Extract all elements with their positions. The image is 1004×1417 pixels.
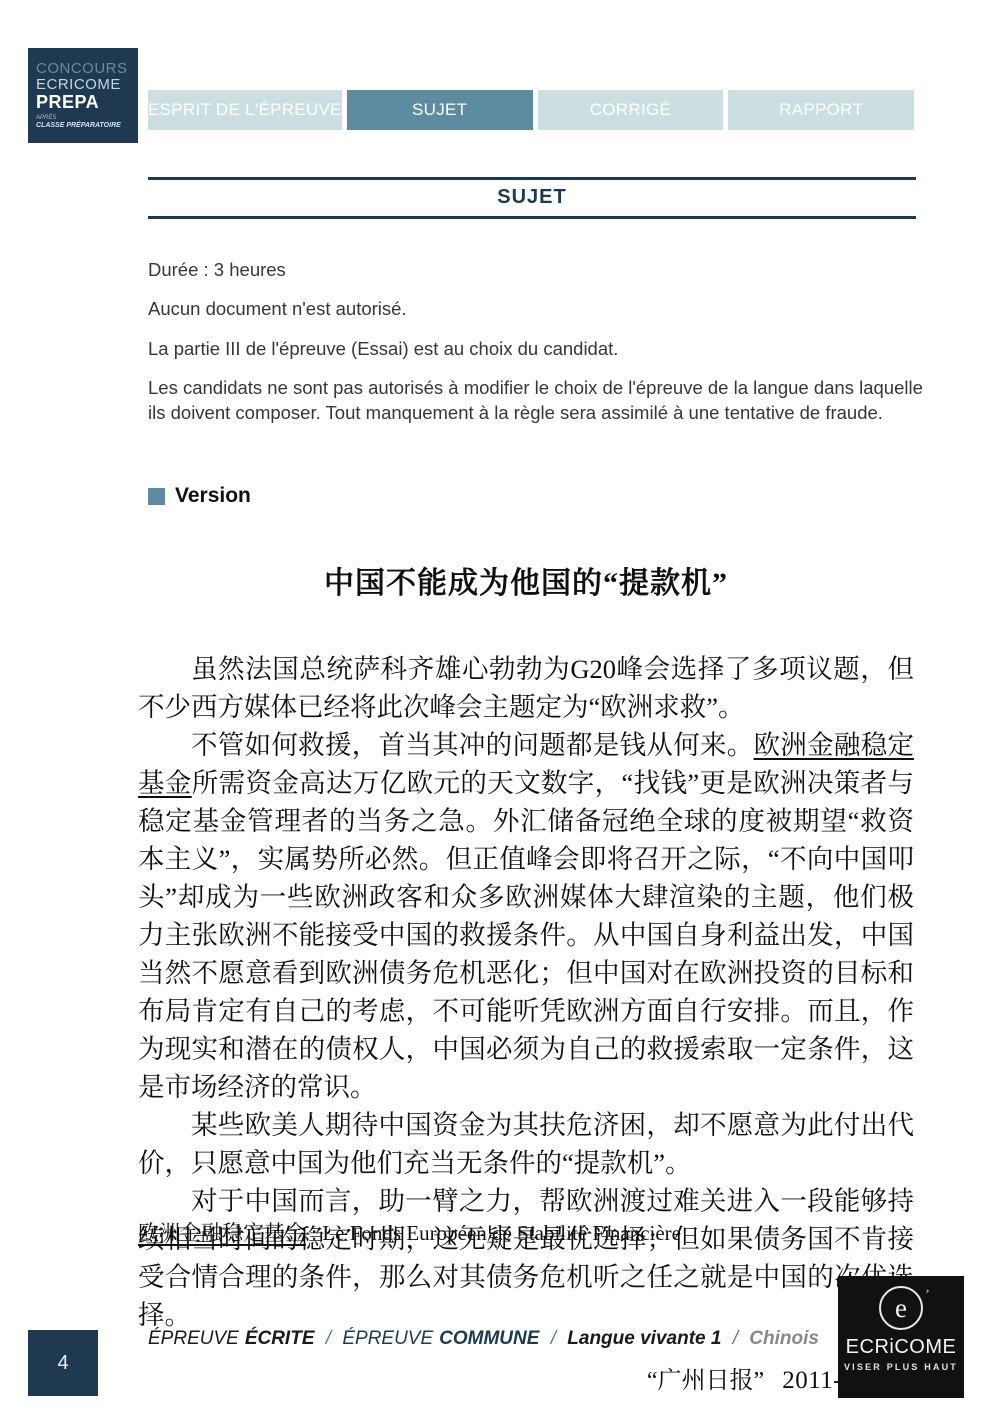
article-paragraph-2: 不管如何救援，首当其冲的问题都是钱从何来。欧洲金融稳定基金所需资金高达万亿欧元的… <box>138 726 914 1106</box>
emblem-letter: e <box>895 1293 907 1324</box>
footer-slash-1: / <box>326 1328 331 1349</box>
footer-breadcrumb: ÉPREUVEÉCRITE / ÉPREUVECOMMUNE / Langue … <box>148 1328 825 1350</box>
paragraph-2-lead: 不管如何救援，首当其冲的问题都是钱从何来。 <box>191 730 754 760</box>
tab-label: CORRIGÉ <box>590 100 671 120</box>
instruction-part3-choice: La partie III de l'épreuve (Essai) est a… <box>148 337 923 361</box>
footer-chinois: Chinois <box>749 1328 819 1349</box>
footer-commune: COMMUNE <box>439 1328 539 1349</box>
page-number-badge: 4 <box>28 1330 98 1396</box>
article-paragraph-3: 某些欧美人期待中国资金为其扶危济困，却不愿意为此付出代价，只愿意中国为他们充当无… <box>138 1106 914 1182</box>
brand-tagline: VISER PLUS HAUT <box>844 1362 958 1372</box>
footer-epreuve-2: ÉPREUVE <box>342 1328 433 1349</box>
paragraph-2-rest: 所需资金高达万亿欧元的天文数字，“找钱”更是欧洲决策者与稳定基金管理者的当务之急… <box>138 768 914 1102</box>
logo-ecricome-text: ECRICOME <box>36 77 138 93</box>
footer-slash-3: / <box>733 1328 738 1349</box>
logo-classe-text: CLASSE PRÉPARATOIRE <box>36 122 138 129</box>
tab-bar: ESPRIT DE L'ÉPREUVE SUJET CORRIGÉ RAPPOR… <box>148 90 914 130</box>
footer-langue-vivante: Langue vivante 1 <box>567 1328 721 1349</box>
section-heading: SUJET <box>148 177 916 219</box>
article-title: 中国不能成为他国的“提款机” <box>138 558 914 602</box>
footnote-separator: : <box>306 1221 322 1245</box>
tab-rapport[interactable]: RAPPORT <box>728 90 914 130</box>
footnote: 欧洲金融稳定基金 : Le Fonds Européen de Stabilit… <box>138 1217 914 1247</box>
ecricome-emblem-icon: e ’ <box>879 1286 923 1330</box>
tab-corrige[interactable]: CORRIGÉ <box>538 90 724 130</box>
footer-ecrite: ÉCRITE <box>245 1328 315 1349</box>
instruction-duration: Durée : 3 heures <box>148 258 923 282</box>
logo-prepa-text: PREPA <box>36 93 138 112</box>
article: 中国不能成为他国的“提款机” 虽然法国总统萨科齐雄心勃勃为G20峰会选择了多项议… <box>138 558 914 1395</box>
section-title: SUJET <box>497 186 566 208</box>
attribution: “广州日报”2011-11-05 <box>138 1360 914 1395</box>
page-number: 4 <box>57 1352 68 1375</box>
exam-instructions: Durée : 3 heures Aucun document n'est au… <box>148 258 923 440</box>
instruction-no-document: Aucun document n'est autorisé. <box>148 297 923 321</box>
bullet-square-icon <box>148 488 165 505</box>
tab-esprit-de-l-epreuve[interactable]: ESPRIT DE L'ÉPREUVE <box>148 90 342 130</box>
tab-label: ESPRIT DE L'ÉPREUVE <box>148 100 342 120</box>
tab-label: SUJET <box>412 100 467 120</box>
footer-epreuve: ÉPREUVE <box>148 1328 239 1349</box>
concours-logo: CONCOURS ECRICOME PREPA APRÈS CLASSE PRÉ… <box>28 48 138 143</box>
footnote-term: 欧洲金融稳定基金 <box>138 1221 306 1245</box>
emblem-tick: ’ <box>920 1286 931 1302</box>
tab-label: RAPPORT <box>779 100 863 120</box>
article-paragraph-4: 对于中国而言，助一臂之力，帮欧洲渡过难关进入一段能够持续相当时间的稳定时期，这无… <box>138 1182 914 1334</box>
tab-sujet[interactable]: SUJET <box>347 90 533 130</box>
footnote-definition: Le Fonds Européen de Stabilité Financièr… <box>322 1221 681 1245</box>
document-page: CONCOURS ECRICOME PREPA APRÈS CLASSE PRÉ… <box>0 0 1004 1417</box>
article-paragraph-1: 虽然法国总统萨科齐雄心勃勃为G20峰会选择了多项议题，但不少西方媒体已经将此次峰… <box>138 650 914 726</box>
version-heading: Version <box>148 484 251 508</box>
logo-concours-text: CONCOURS <box>36 61 138 77</box>
footer-slash-2: / <box>551 1328 556 1349</box>
instruction-no-change: Les candidats ne sont pas autorisés à mo… <box>148 376 923 425</box>
attribution-source: “广州日报” <box>647 1368 764 1394</box>
brand-name: ECRiCOME <box>846 1336 957 1359</box>
ecricome-logo: e ’ ECRiCOME VISER PLUS HAUT <box>838 1276 964 1398</box>
version-label: Version <box>175 484 251 508</box>
